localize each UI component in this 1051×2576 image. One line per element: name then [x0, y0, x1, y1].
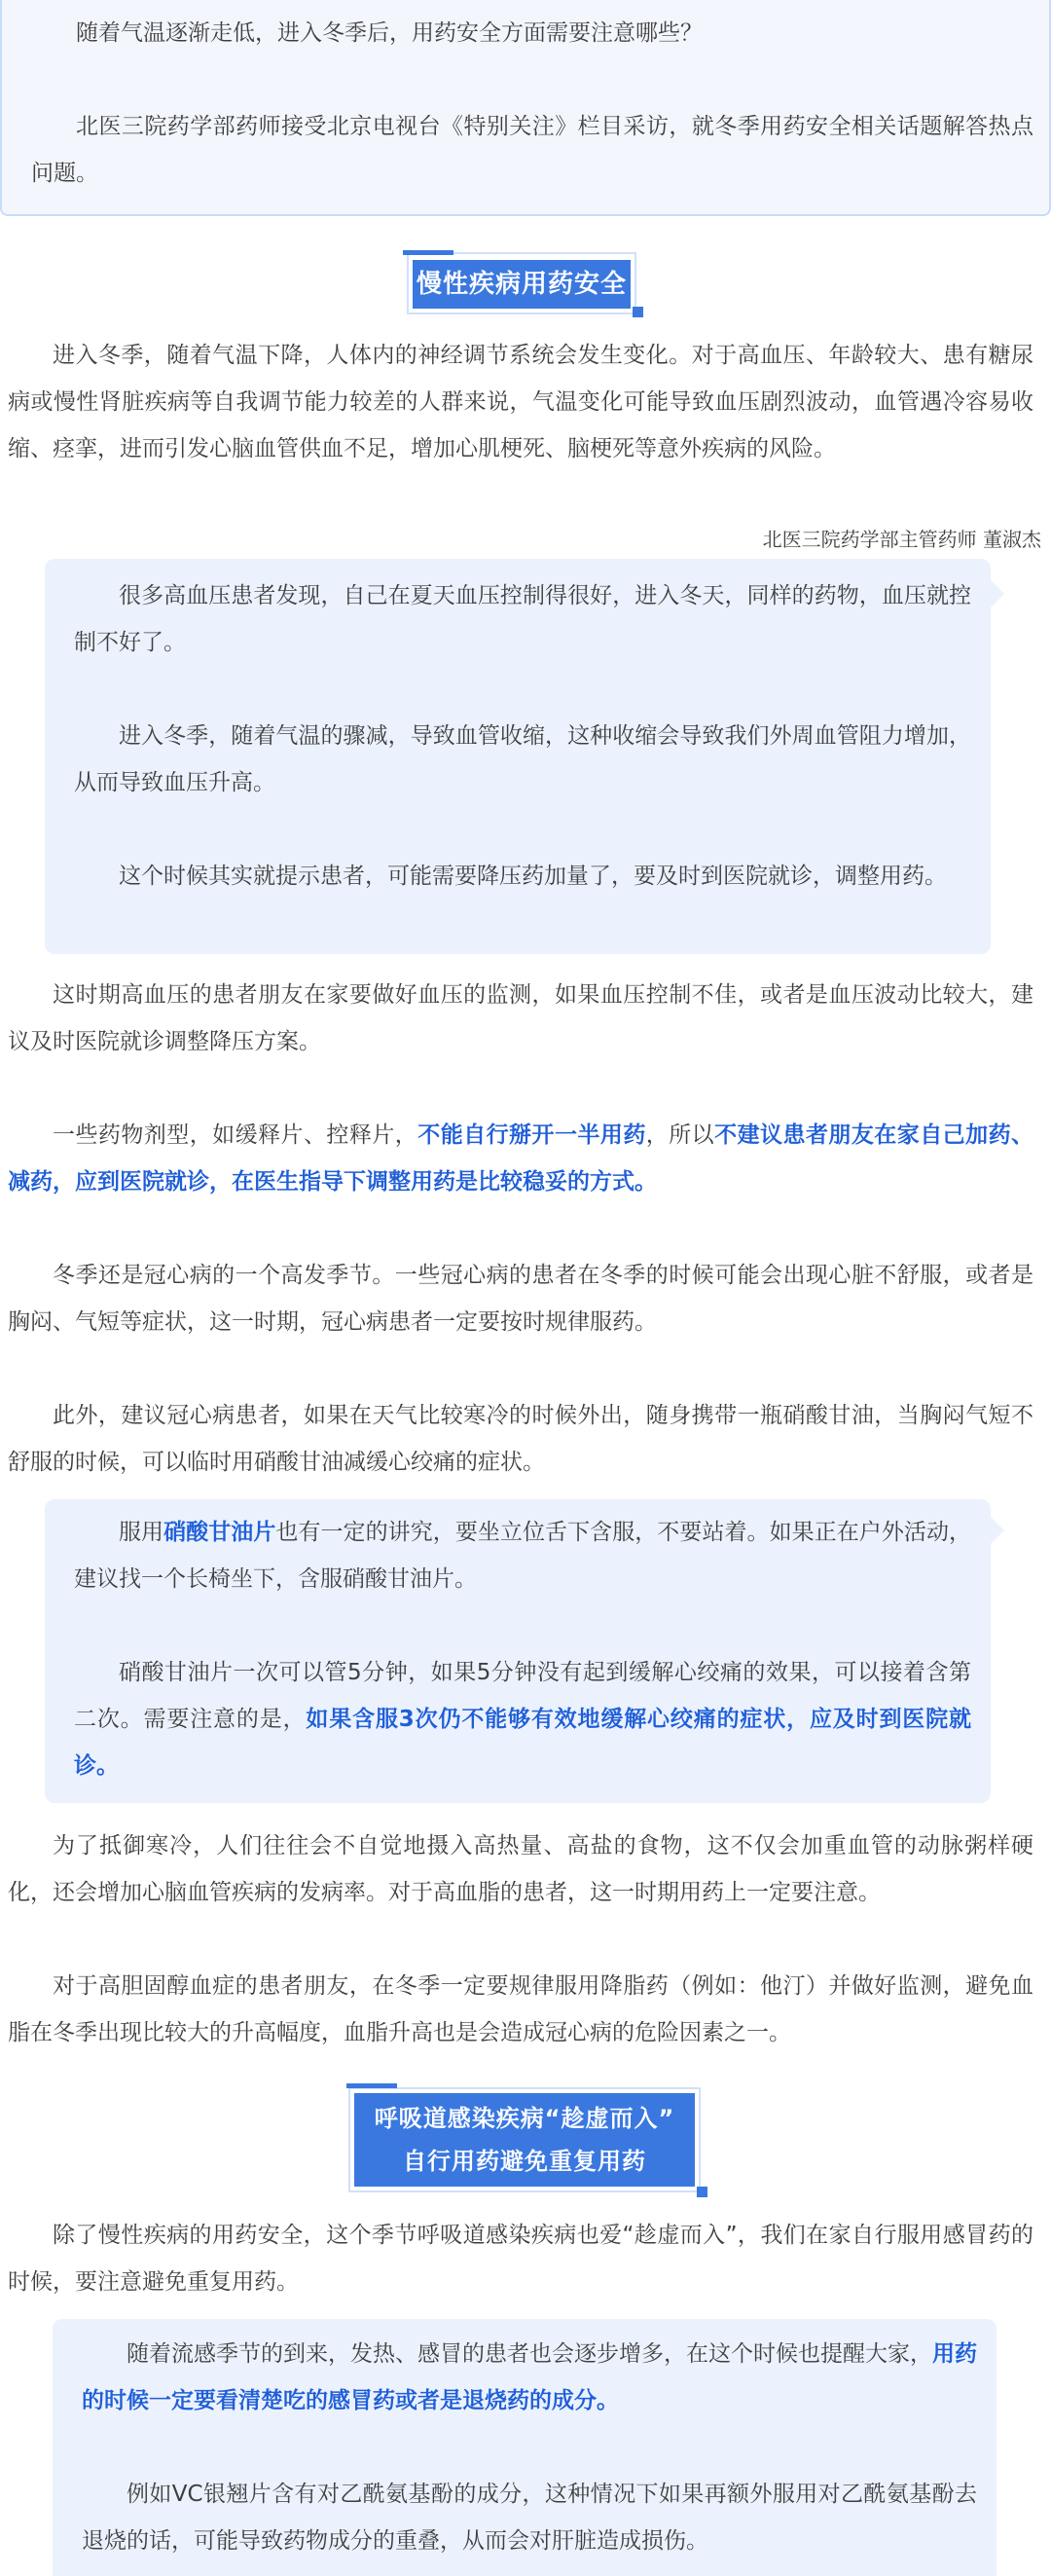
paragraph: 对于高胆固醇血症的患者朋友，在冬季一定要规律服用降脂药（例如：他汀）并做好监测，…: [0, 1963, 1033, 2056]
speech-arrow-icon: [991, 1517, 1004, 1544]
speech-arrow-icon: [991, 580, 1004, 607]
quote-paragraph: 很多高血压患者发现，自己在夏天血压控制得很好，进入冬天，同样的药物，血压就控制不…: [74, 572, 971, 666]
paragraph-text: 进入冬季，随着气温下降，人体内的神经调节系统会发生变化。对于高血压、年龄较大、患…: [8, 332, 1033, 472]
paragraph: 除了慢性疾病的用药安全，这个季节呼吸道感染疾病也爱“趁虚而入”，我们在家自行服用…: [0, 2212, 1033, 2305]
paragraph: 为了抵御寒冷，人们往往会不自觉地摄入高热量、高盐的食物，这不仅会加重血管的动脉粥…: [0, 1822, 1033, 1916]
paragraph: 一些药物剂型，如缓释片、控释片，不能自行掰开一半用药，所以不建议患者朋友在家自己…: [0, 1112, 1033, 1205]
highlighted-text: 硝酸甘油片: [163, 1520, 275, 1545]
quote-paragraph: 服用硝酸甘油片也有一定的讲究，要坐立位舌下含服，不要站着。如果正在户外活动，建议…: [74, 1509, 971, 1602]
paragraph: 此外，建议冠心病患者，如果在天气比较寒冷的时候外出，随身携带一瓶硝酸甘油，当胸闷…: [0, 1392, 1033, 1486]
intro-summary: 北医三院药学部药师接受北京电视台《特别关注》栏目采访，就冬季用药安全相关话题解答…: [31, 103, 1033, 197]
quote-paragraph: 进入冬季，随着气温的骤减，导致血管收缩，这种收缩会导致我们外周血管阻力增加，从而…: [74, 713, 971, 806]
section-heading-chronic-disease: 慢性疾病用药安全: [407, 252, 640, 320]
paragraph-text: 此外，建议冠心病患者，如果在天气比较寒冷的时候外出，随身携带一瓶硝酸甘油，当胸闷…: [8, 1392, 1033, 1486]
quote-paragraph: 这个时候其实就提示患者，可能需要降压药加量了，要及时到医院就诊，调整用药。: [74, 853, 971, 900]
section-heading-respiratory-infection: 呼吸道感染疾病“趁虚而入” 自行用药避免重复用药: [348, 2087, 708, 2200]
text-span: 随着流感季节的到来，发热、感冒的患者也会逐步增多，在这个时候也提醒大家，: [127, 2341, 932, 2367]
section-title-line1: 呼吸道感染疾病“趁虚而入”: [375, 2097, 675, 2140]
section-title-line2: 自行用药避免重复用药: [403, 2140, 646, 2183]
paragraph-text: 除了慢性疾病的用药安全，这个季节呼吸道感染疾病也爱“趁虚而入”，我们在家自行服用…: [8, 2212, 1033, 2305]
paragraph-text: 冬季还是冠心病的一个高发季节。一些冠心病的患者在冬季的时候可能会出现心脏不舒服，…: [8, 1252, 1033, 1345]
text-span: 一些药物剂型，如缓释片、控释片，: [53, 1122, 417, 1148]
text-span: ，所以: [646, 1122, 714, 1148]
paragraph: 进入冬季，随着气温下降，人体内的神经调节系统会发生变化。对于高血压、年龄较大、患…: [0, 332, 1033, 472]
highlighted-text: 不能自行掰开一半用药: [417, 1122, 646, 1148]
paragraph-text: 为了抵御寒冷，人们往往会不自觉地摄入高热量、高盐的食物，这不仅会加重血管的动脉粥…: [8, 1822, 1033, 1916]
paragraph: 这时期高血压的患者朋友在家要做好血压的监测，如果血压控制不佳，或者是血压波动比较…: [0, 972, 1033, 1065]
quote-box: 随着流感季节的到来，发热、感冒的患者也会逐步增多，在这个时候也提醒大家，用药的时…: [53, 2319, 997, 2576]
paragraph-text: 这时期高血压的患者朋友在家要做好血压的监测，如果血压控制不佳，或者是血压波动比较…: [8, 972, 1033, 1065]
paragraph-text: 对于高胆固醇血症的患者朋友，在冬季一定要规律服用降脂药（例如：他汀）并做好监测，…: [8, 1963, 1033, 2056]
section-title: 慢性疾病用药安全: [417, 261, 627, 308]
quote-paragraph: 随着流感季节的到来，发热、感冒的患者也会逐步增多，在这个时候也提醒大家，用药的时…: [82, 2331, 977, 2424]
text-span: 服用: [119, 1520, 163, 1545]
author-signature: 北医三院药学部主管药师 董淑杰: [763, 525, 1041, 554]
intro-question: 随着气温逐渐走低，进入冬季后，用药安全方面需要注意哪些？: [31, 10, 1033, 56]
quote-paragraph: 硝酸甘油片一次可以管5分钟，如果5分钟没有起到缓解心绞痛的效果，可以接着含第二次…: [74, 1649, 971, 1789]
quote-paragraph: 例如VC银翘片含有对乙酰氨基酚的成分，这种情况下如果再额外服用对乙酰氨基酚去退烧…: [82, 2471, 977, 2564]
quote-box: 服用硝酸甘油片也有一定的讲究，要坐立位舌下含服，不要站着。如果正在户外活动，建议…: [45, 1499, 991, 1803]
intro-box: 随着气温逐渐走低，进入冬季后，用药安全方面需要注意哪些？ 北医三院药学部药师接受…: [0, 0, 1051, 216]
quote-box: 很多高血压患者发现，自己在夏天血压控制得很好，进入冬天，同样的药物，血压就控制不…: [45, 559, 991, 954]
paragraph-text: 一些药物剂型，如缓释片、控释片，不能自行掰开一半用药，所以不建议患者朋友在家自己…: [8, 1112, 1033, 1205]
paragraph: 冬季还是冠心病的一个高发季节。一些冠心病的患者在冬季的时候可能会出现心脏不舒服，…: [0, 1252, 1033, 1345]
